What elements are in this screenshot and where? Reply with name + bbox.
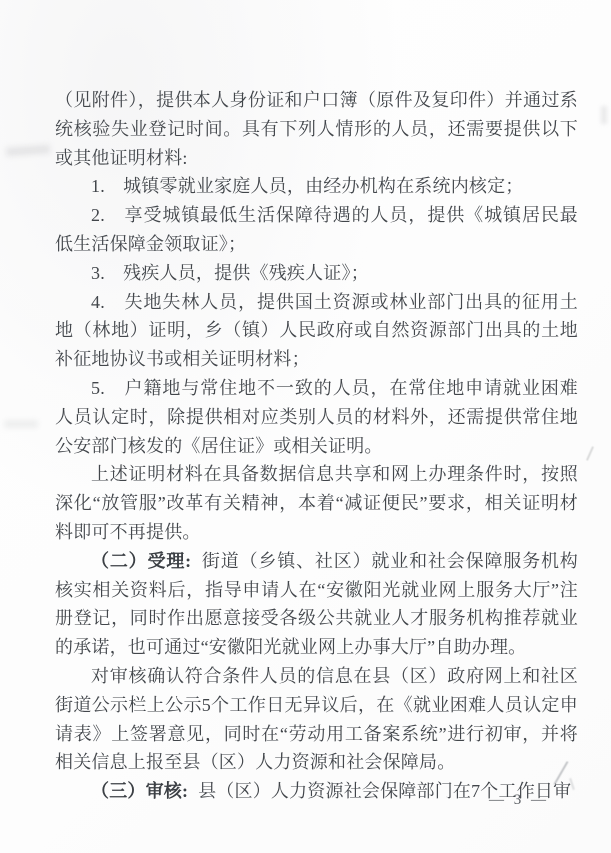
paragraph-publicity: 对审核确认符合条件人员的信息在县（区）政府网上和社区街道公示栏上公示5个工作日无… [55,662,578,777]
paragraph-text: 4. 失地失林人员，提供国土资源或林业部门出具的征用土地（林地）证明，乡（镇）人… [55,292,578,370]
list-item-4: 4. 失地失林人员，提供国土资源或林业部门出具的征用土地（林地）证明，乡（镇）人… [55,288,578,374]
section-acceptance: （二）受理:街道（乡镇、社区）就业和社会保障服务机构核实相关资料后，指导申请人在… [55,547,578,662]
paragraph-note: 上述证明材料在具备数据信息共享和网上办理条件时，按照深化“放管服”改革有关精神，… [55,460,578,546]
paragraph-text: 对审核确认符合条件人员的信息在县（区）政府网上和社区街道公示栏上公示5个工作日无… [55,666,578,772]
page-number: — 3 — [489,792,549,809]
scanned-document-page: （见附件），提供本人身份证和户口簿（原件及复印件）并通过系统核验失业登记时间。具… [0,0,611,853]
paragraph-text: 5. 户籍地与常住地不一致的人员，在常住地申请就业困难人员认定时，除提供相对应类… [55,378,578,456]
section-label-acceptance: （二）受理: [91,551,191,571]
paragraph-text: 2. 享受城镇最低生活保障待遇的人员，提供《城镇居民最低生活保障金领取证》； [55,205,578,254]
scan-artifact [586,446,594,461]
list-item-1: 1. 城镇零就业家庭人员，由经办机构在系统内核定； [55,172,578,201]
scan-artifact [601,106,607,124]
section-label-review: （三）审核: [91,781,188,801]
paragraph-continuation: （见附件），提供本人身份证和户口簿（原件及复印件）并通过系统核验失业登记时间。具… [55,86,578,172]
paragraph-text: （见附件），提供本人身份证和户口簿（原件及复印件）并通过系统核验失业登记时间。具… [55,90,578,168]
document-body: （见附件），提供本人身份证和户口簿（原件及复印件）并通过系统核验失业登记时间。具… [55,86,578,806]
list-item-3: 3. 残疾人员，提供《残疾人证》； [55,259,578,288]
scan-artifact [6,144,51,156]
list-item-2: 2. 享受城镇最低生活保障待遇的人员，提供《城镇居民最低生活保障金领取证》； [55,201,578,259]
paragraph-text: 1. 城镇零就业家庭人员，由经办机构在系统内核定； [91,176,524,196]
paragraph-text: 3. 残疾人员，提供《残疾人证》； [91,263,369,283]
paragraph-text: 上述证明材料在具备数据信息共享和网上办理条件时，按照深化“放管服”改革有关精神，… [55,464,578,542]
scan-artifact [4,420,38,428]
list-item-5: 5. 户籍地与常住地不一致的人员，在常住地申请就业困难人员认定时，除提供相对应类… [55,374,578,460]
